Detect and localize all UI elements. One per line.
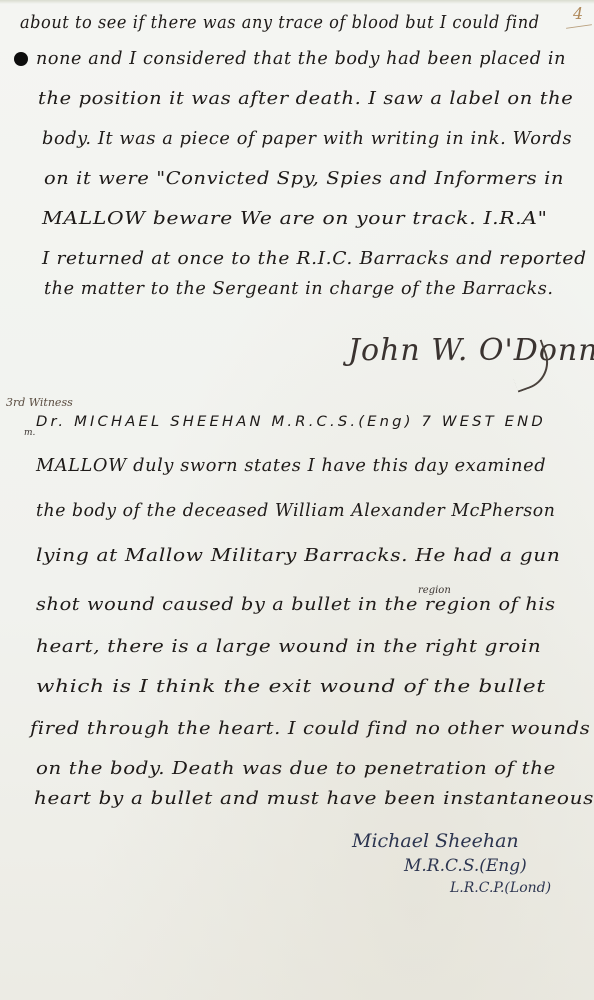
signature-qualification-mrcs: M.R.C.S.(Eng) xyxy=(404,856,527,876)
page-top-edge xyxy=(0,0,594,4)
body-line: the matter to the Sergeant in charge of … xyxy=(44,278,554,299)
body-line: heart by a bullet and must have been ins… xyxy=(34,788,594,809)
body-line: about to see if there was any trace of b… xyxy=(20,12,540,33)
body-line: shot wound caused by a bullet in the reg… xyxy=(36,594,556,615)
body-line: MALLOW beware We are on your track. I.R.… xyxy=(42,208,548,229)
margin-mark: m. xyxy=(24,428,35,438)
manuscript-page: 4 about to see if there was any trace of… xyxy=(0,0,594,1000)
body-line: MALLOW duly sworn states I have this day… xyxy=(36,455,546,476)
body-line: lying at Mallow Military Barracks. He ha… xyxy=(36,545,561,566)
body-line: on it were "Convicted Spy, Spies and Inf… xyxy=(44,168,564,189)
body-line: I returned at once to the R.I.C. Barrack… xyxy=(42,248,587,269)
body-line: on the body. Death was due to penetratio… xyxy=(36,758,556,779)
body-line: fired through the heart. I could find no… xyxy=(30,718,590,739)
signature-john-odonnell: John W. O'Donnell xyxy=(348,333,594,368)
body-line: the body of the deceased William Alexand… xyxy=(36,500,555,521)
body-line: the position it was after death. I saw a… xyxy=(38,88,573,109)
body-line: which is I think the exit wound of the b… xyxy=(36,676,546,697)
signature-michael-sheehan: Michael Sheehan xyxy=(352,830,519,852)
page-number: 4 xyxy=(573,4,583,23)
body-line: body. It was a piece of paper with writi… xyxy=(42,128,572,149)
page-number-underline xyxy=(566,24,592,29)
witness-heading: Dr. MICHAEL SHEEHAN M.R.C.S.(Eng) 7 WEST… xyxy=(36,414,546,430)
body-line: none and I considered that the body had … xyxy=(36,48,566,69)
punch-hole-icon xyxy=(14,52,28,66)
margin-note-third-witness: 3rd Witness xyxy=(6,396,73,409)
signature-qualification-lrcp: L.R.C.P.(Lond) xyxy=(450,880,551,896)
body-line: heart, there is a large wound in the rig… xyxy=(36,636,541,657)
